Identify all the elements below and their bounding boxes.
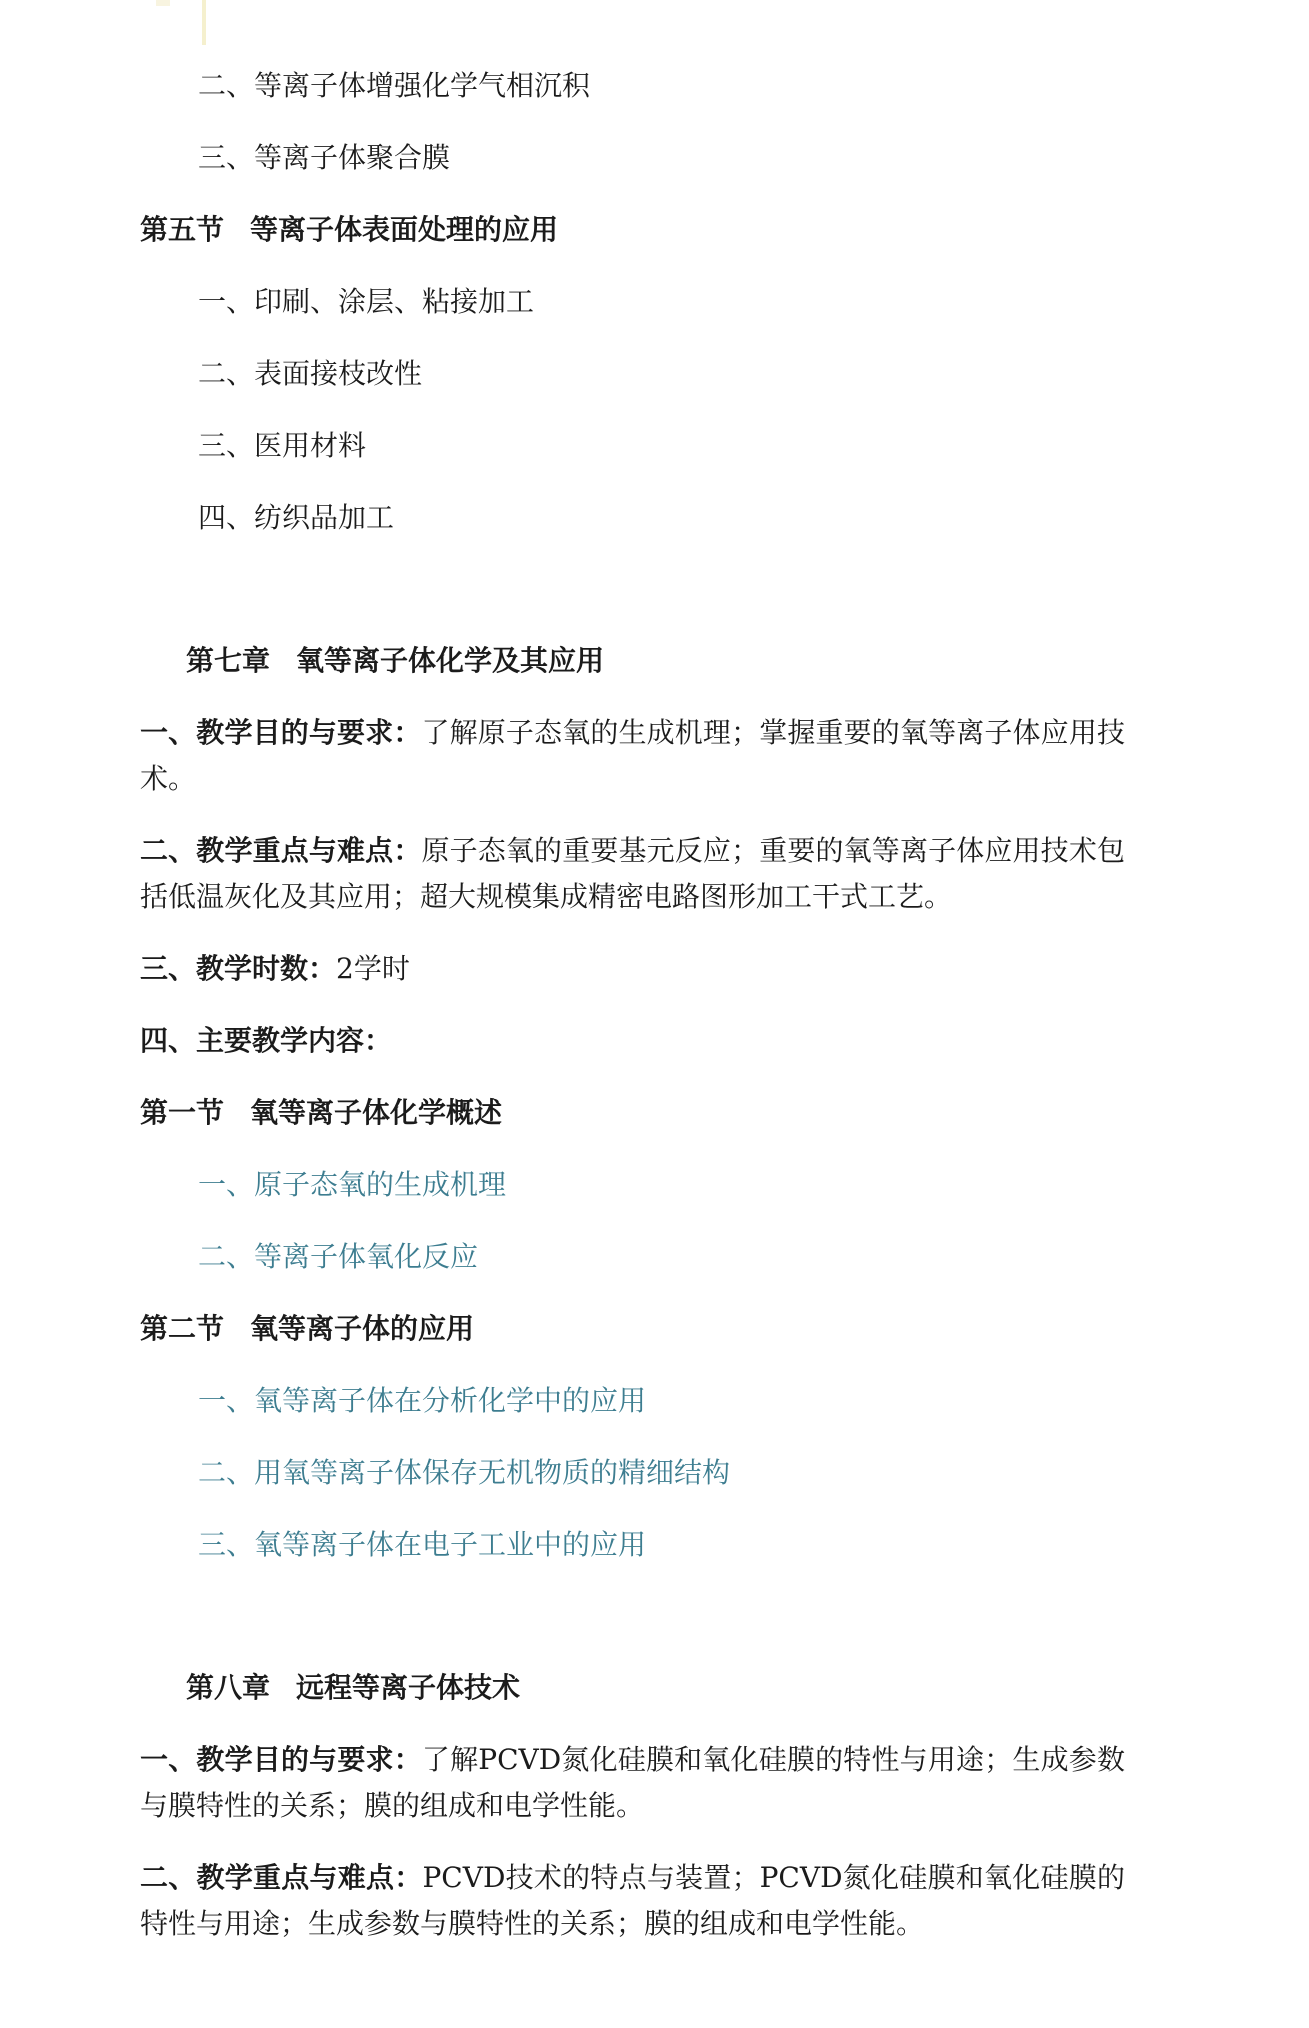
sub-item: 三、医用材料 xyxy=(198,423,1125,469)
paragraph-lead: 一、教学目的与要求： xyxy=(140,1743,422,1776)
section-heading: 第五节等离子体表面处理的应用 xyxy=(140,207,1125,253)
paragraph-lead: 四、主要教学内容： xyxy=(140,1024,392,1057)
link-item[interactable]: 一、氧等离子体在分析化学中的应用 xyxy=(198,1378,1125,1424)
chapter-number: 第八章 xyxy=(186,1665,270,1711)
sub-item: 四、纺织品加工 xyxy=(198,495,1125,541)
sub-item: 三、等离子体聚合膜 xyxy=(198,135,1125,181)
link-item[interactable]: 二、用氧等离子体保存无机物质的精细结构 xyxy=(198,1450,1125,1496)
sub-item: 一、印刷、涂层、粘接加工 xyxy=(198,279,1125,325)
scan-artifact-streak xyxy=(202,0,206,45)
link-item[interactable]: 一、原子态氧的生成机理 xyxy=(198,1162,1125,1208)
section-heading: 第二节氧等离子体的应用 xyxy=(140,1306,1125,1352)
teaching-paragraph: 一、教学目的与要求：了解PCVD氮化硅膜和氧化硅膜的特性与用途；生成参数与膜特性… xyxy=(140,1737,1125,1829)
section-title: 氧等离子体的应用 xyxy=(250,1312,474,1345)
section-title: 氧等离子体化学概述 xyxy=(250,1096,502,1129)
teaching-paragraph: 二、教学重点与难点：原子态氧的重要基元反应；重要的氧等离子体应用技术包括低温灰化… xyxy=(140,828,1125,920)
chapter-heading: 第八章远程等离子体技术 xyxy=(186,1665,1125,1711)
chapter-title: 远程等离子体技术 xyxy=(296,1671,520,1704)
paragraph-lead: 三、教学时数： xyxy=(140,952,336,985)
section-number: 第二节 xyxy=(140,1306,224,1352)
teaching-paragraph: 四、主要教学内容： xyxy=(140,1018,1125,1064)
link-item[interactable]: 三、氧等离子体在电子工业中的应用 xyxy=(198,1522,1125,1568)
section-number: 第五节 xyxy=(140,207,224,253)
paragraph-lead: 二、教学重点与难点： xyxy=(140,834,421,867)
chapter-heading: 第七章氧等离子体化学及其应用 xyxy=(186,638,1125,684)
chapter-number: 第七章 xyxy=(186,638,270,684)
teaching-paragraph: 一、教学目的与要求：了解原子态氧的生成机理；掌握重要的氧等离子体应用技术。 xyxy=(140,710,1125,802)
paragraph-body: 2学时 xyxy=(336,952,410,985)
chapter-title: 氧等离子体化学及其应用 xyxy=(296,644,604,677)
document-body: 二、等离子体增强化学气相沉积 三、等离子体聚合膜 第五节等离子体表面处理的应用 … xyxy=(140,63,1125,1973)
section-title: 等离子体表面处理的应用 xyxy=(250,213,558,246)
paragraph-lead: 一、教学目的与要求： xyxy=(140,716,421,749)
link-item[interactable]: 二、等离子体氧化反应 xyxy=(198,1234,1125,1280)
section-heading: 第一节氧等离子体化学概述 xyxy=(140,1090,1125,1136)
teaching-paragraph: 二、教学重点与难点：PCVD技术的特点与装置；PCVD氮化硅膜和氧化硅膜的特性与… xyxy=(140,1855,1125,1947)
section-number: 第一节 xyxy=(140,1090,224,1136)
sub-item: 二、表面接枝改性 xyxy=(198,351,1125,397)
paragraph-lead: 二、教学重点与难点： xyxy=(140,1861,422,1894)
scan-artifact-dot xyxy=(156,0,170,6)
teaching-paragraph: 三、教学时数：2学时 xyxy=(140,946,1125,992)
sub-item: 二、等离子体增强化学气相沉积 xyxy=(198,63,1125,109)
